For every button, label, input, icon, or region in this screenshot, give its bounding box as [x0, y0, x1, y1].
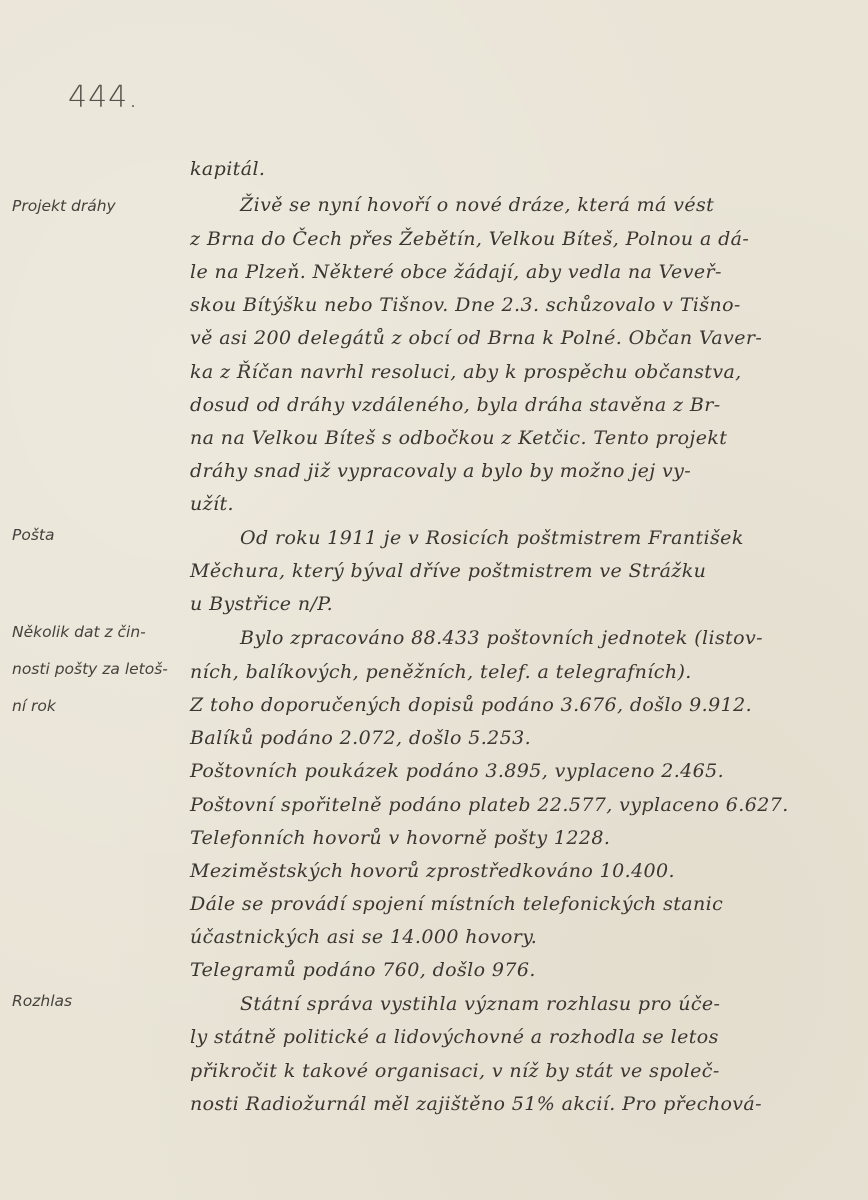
text-line: skou Bítýšku nebo Tišnov. Dne 2.3. schůz… — [190, 294, 850, 316]
margin-note-posta-statistics-line-1: Několik dat z čin- — [12, 614, 187, 651]
text-line: ka z Říčan navrhl resoluci, aby k prospě… — [190, 361, 850, 383]
text-line: le na Plzeň. Některé obce žádají, aby ve… — [190, 261, 850, 283]
text-line: kapitál. — [190, 158, 850, 180]
text-line: u Bystřice n/P. — [190, 593, 850, 615]
text-line: Živě se nyní hovoří o nové dráze, která … — [240, 194, 868, 216]
margin-note-posta-statistics-line-2: nosti pošty za letoš- — [12, 651, 187, 688]
text-line: účastnických asi se 14.000 hovory. — [190, 926, 850, 948]
text-line: Od roku 1911 je v Rosicích poštmistrem F… — [240, 527, 868, 549]
text-line: Měchura, který býval dříve poštmistrem v… — [190, 560, 850, 582]
text-line: ly státně politické a lidovýchovné a roz… — [190, 1026, 850, 1048]
text-line: Balíků podáno 2.072, došlo 5.253. — [190, 727, 850, 749]
text-line: Bylo zpracováno 88.433 poštovních jednot… — [240, 627, 868, 649]
manuscript-page: 444. Projekt dráhy Pošta Několik dat z č… — [0, 0, 868, 1200]
margin-note-rozhlas: Rozhlas — [12, 983, 187, 1020]
text-line: Státní správa vystihla význam rozhlasu p… — [240, 993, 868, 1015]
text-line: Telegramů podáno 760, došlo 976. — [190, 959, 850, 981]
text-line: dosud od dráhy vzdáleného, byla dráha st… — [190, 394, 850, 416]
text-line: Telefonních hovorů v hovorně pošty 1228. — [190, 827, 850, 849]
margin-note-projekt-drahy: Projekt dráhy — [12, 188, 187, 225]
text-line: Dále se provádí spojení místních telefon… — [190, 893, 850, 915]
margin-note-posta-statistics-line-3: ní rok — [12, 688, 187, 725]
text-line: přikročit k takové organisaci, v níž by … — [190, 1060, 850, 1082]
text-line: Z toho doporučených dopisů podáno 3.676,… — [190, 694, 850, 716]
text-line: nosti Radiožurnál měl zajištěno 51% akci… — [190, 1093, 850, 1115]
text-line: na na Velkou Bíteš s odbočkou z Ketčic. … — [190, 427, 850, 449]
page-number: 444. — [68, 80, 139, 115]
text-line: z Brna do Čech přes Žebětín, Velkou Bíte… — [190, 228, 850, 250]
margin-note-posta: Pošta — [12, 517, 187, 554]
text-line: užít. — [190, 493, 850, 515]
text-line: Meziměstských hovorů zprostředkováno 10.… — [190, 860, 850, 882]
text-line: vě asi 200 delegátů z obcí od Brna k Pol… — [190, 327, 850, 349]
text-line: dráhy snad již vypracovaly a bylo by mož… — [190, 460, 850, 482]
text-line: Poštovní spořitelně podáno plateb 22.577… — [190, 794, 850, 816]
text-line: ních, balíkových, peněžních, telef. a te… — [190, 661, 850, 683]
text-line: Poštovních poukázek podáno 3.895, vyplac… — [190, 760, 850, 782]
